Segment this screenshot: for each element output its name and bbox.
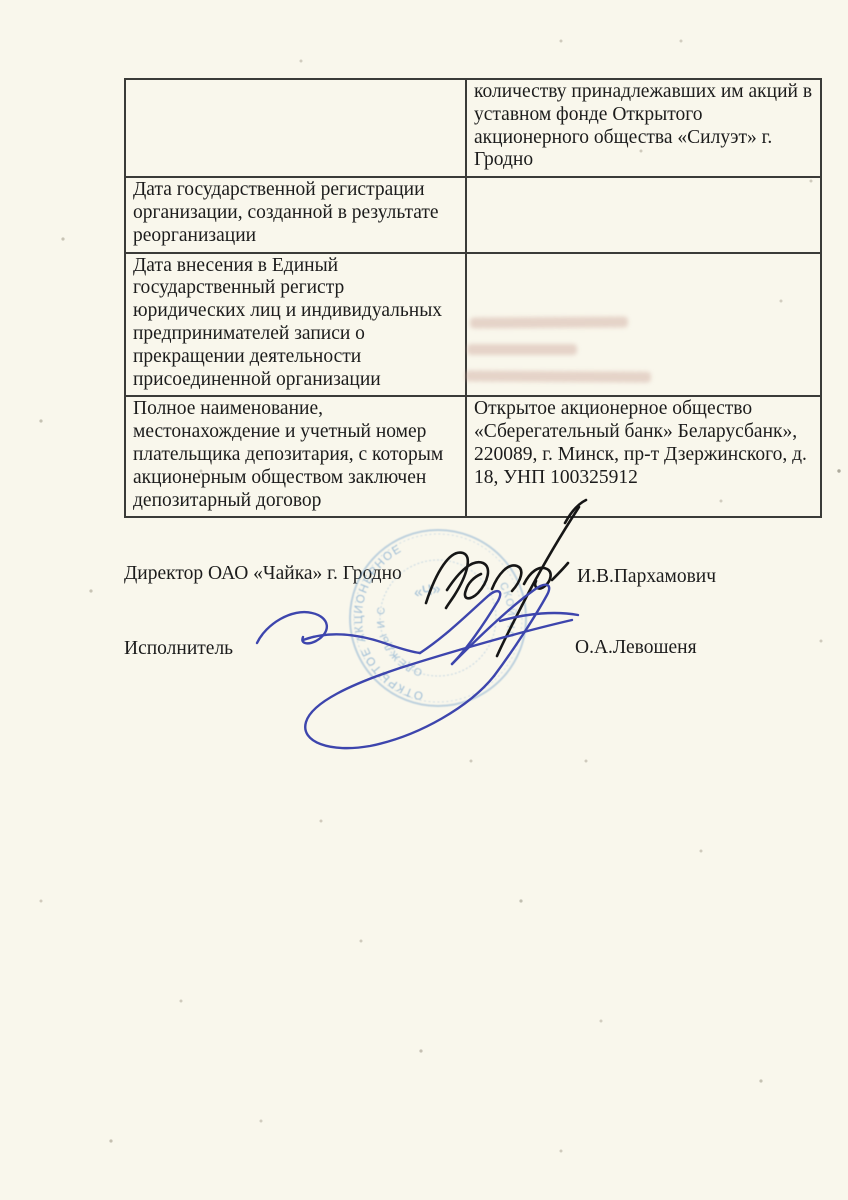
stamp-outer-arc-text: ОТКРЫТОЕ АКЦИОНЕРНОЕ xyxy=(353,543,425,702)
svg-text:ОТКРЫТОЕ АКЦИОНЕРНОЕ: ОТКРЫТОЕ АКЦИОНЕРНОЕ xyxy=(353,543,425,702)
scanned-document-page: количеству принадлежавших им акций в уст… xyxy=(0,0,848,1200)
stamp-and-signatures-layer: ОТКРЫТОЕ АКЦИОНЕРНОЕ ОДЕЖДЫ И С СКОЙ ЧЛ … xyxy=(0,0,848,1200)
